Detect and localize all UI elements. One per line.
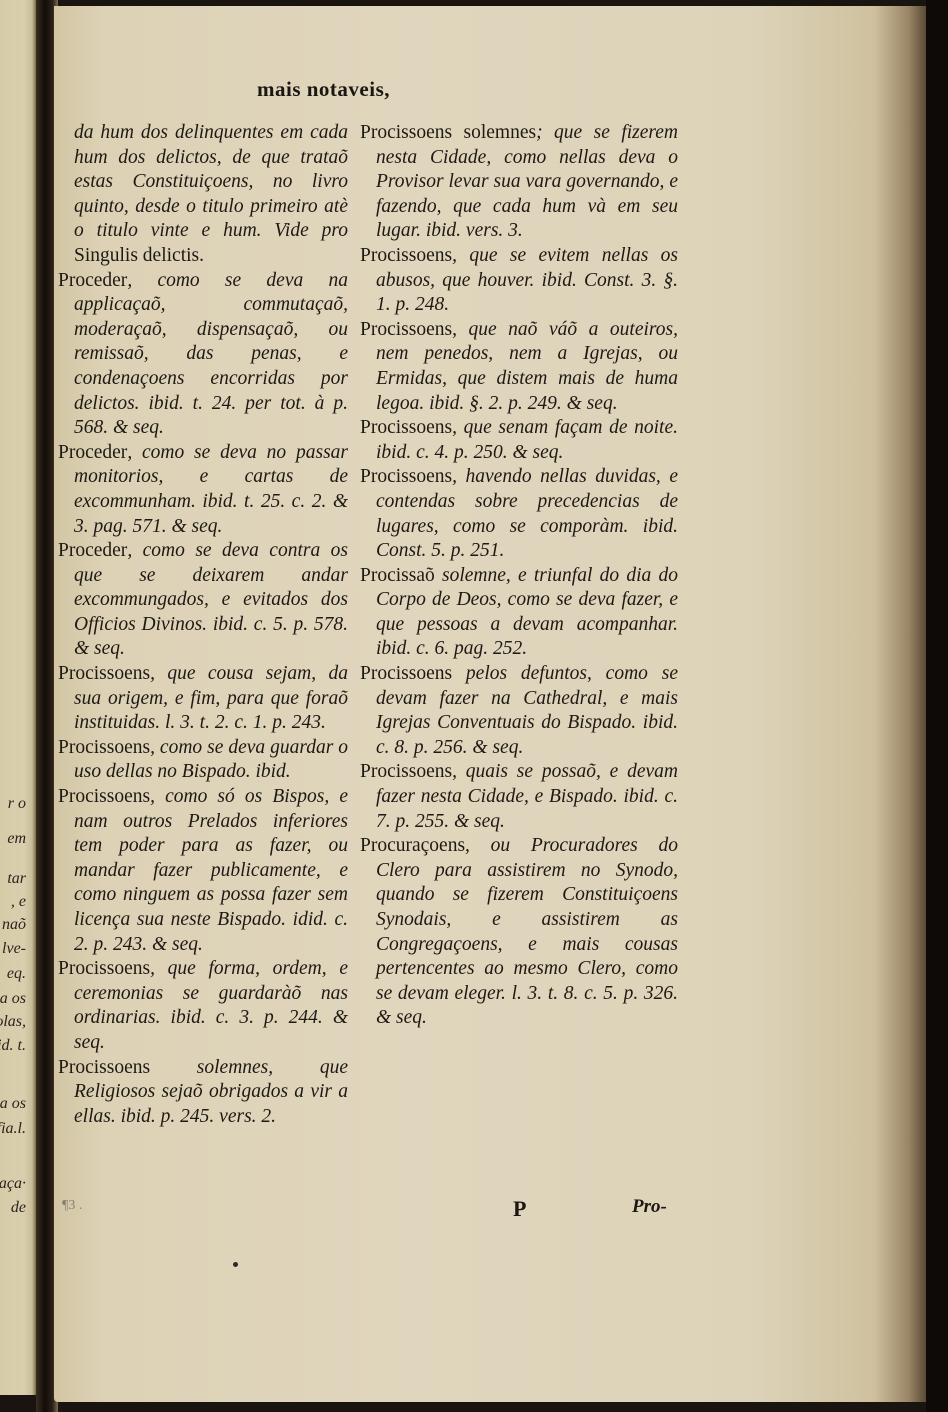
entry-headword: Procissoens — [360, 761, 452, 782]
facing-page-fragment: em — [7, 830, 26, 848]
index-entry: da hum dos delinquentes em cada hum dos … — [58, 121, 348, 269]
entry-headword: Procissoens — [58, 663, 150, 684]
entry-text: , como só os Bispos, e nam outros Prelad… — [74, 786, 348, 955]
ink-spot — [233, 1262, 238, 1267]
entry-headword: Procissoens — [58, 737, 150, 758]
index-entry: Procissoens, que senam façam de noite. i… — [360, 416, 678, 465]
index-entry: Procissoens, que se evitem nellas os abu… — [360, 244, 678, 318]
entry-headword: Procissaõ — [360, 565, 435, 586]
index-entry: Procissaõ solemne, e triunfal do dia do … — [360, 564, 678, 662]
entry-headword: Procissoens — [360, 417, 452, 438]
facing-page-fragment: , e — [11, 893, 26, 911]
index-column-right: Procissoens solemnes; que se fizerem nes… — [360, 121, 678, 1031]
index-entry: Procissoens pelos defuntos, como se deva… — [360, 662, 678, 760]
index-entry: Procissoens solemnes; que se fizerem nes… — [360, 121, 678, 244]
index-entry: Procissoens, havendo nellas duvidas, e c… — [360, 465, 678, 563]
facing-page-text-fragments: r oemtar, enaõlve-eq.ra osolas,id. t.ra … — [0, 0, 40, 1395]
facing-page-fragment: de — [11, 1199, 26, 1217]
index-entry: Procissoens, quais se possaõ, e devam fa… — [360, 760, 678, 834]
index-entry: Procissoens solemnes, que Religiosos sej… — [58, 1056, 348, 1130]
index-entry: Proceder, como se deva na applicaçaõ, co… — [58, 269, 348, 441]
index-entry: Proceder, como se deva contra os que se … — [58, 539, 348, 662]
facing-page-fragment: raça· — [0, 1175, 26, 1193]
index-entry: Procissoens, que cousa sejam, da sua ori… — [58, 662, 348, 736]
index-entry: Procissoens, como só os Bispos, e nam ou… — [58, 785, 348, 957]
facing-page-fragment: ra os — [0, 1095, 26, 1113]
entry-text: , ou Procuradores do Clero para assistir… — [376, 835, 678, 1028]
entry-tail: Singulis delictis. — [74, 245, 204, 266]
facing-page-fragment: eq. — [7, 965, 26, 983]
facing-page-fragment: efia.l. — [0, 1120, 26, 1138]
bleed-through-mark: ¶3 . — [62, 1198, 82, 1214]
entry-headword: Procissoens — [360, 663, 452, 684]
facing-page-fragment: ra os — [0, 990, 26, 1008]
entry-headword: Procissoens — [58, 958, 150, 979]
entry-headword: Procissoens — [360, 466, 452, 487]
index-entry: Proceder, como se deva no passar monitor… — [58, 441, 348, 539]
entry-text: , como se deva na applicaçaõ, commutaçaõ… — [74, 270, 348, 439]
index-entry: Procissoens, que naõ váõ a outeiros, nem… — [360, 318, 678, 416]
catchword: Pro- — [632, 1196, 667, 1218]
index-column-left: da hum dos delinquentes em cada hum dos … — [58, 121, 348, 1129]
facing-page-fragment: r o — [8, 795, 26, 813]
entry-headword: Procissoens — [360, 245, 452, 266]
entry-headword: Procissoens solemnes — [360, 122, 536, 143]
running-head: mais notaveis, — [257, 77, 390, 102]
entry-headword: Procissoens — [58, 1057, 150, 1078]
entry-headword: Proceder — [58, 442, 127, 463]
entry-text: da hum dos delinquentes em cada hum dos … — [74, 122, 348, 241]
facing-page-fragment: lve- — [2, 940, 26, 958]
index-entry: Procissoens, que forma, ordem, e ceremon… — [58, 957, 348, 1055]
index-entry: Procuraçoens, ou Procuradores do Clero p… — [360, 834, 678, 1031]
entry-headword: Procuraçoens — [360, 835, 465, 856]
signature-mark: P — [513, 1196, 526, 1222]
facing-page-fragment: naõ — [2, 916, 26, 934]
entry-headword: Procissoens — [360, 319, 452, 340]
scan-background-edge — [926, 0, 948, 1412]
entry-headword: Proceder — [58, 270, 127, 291]
entry-headword: Procissoens — [58, 786, 150, 807]
facing-page-fragment: tar — [7, 870, 26, 888]
entry-headword: Proceder — [58, 540, 127, 561]
facing-page-fragment: id. t. — [0, 1037, 26, 1055]
facing-page-fragment: olas, — [0, 1013, 26, 1031]
index-entry: Procissoens, como se deva guardar o uso … — [58, 736, 348, 785]
